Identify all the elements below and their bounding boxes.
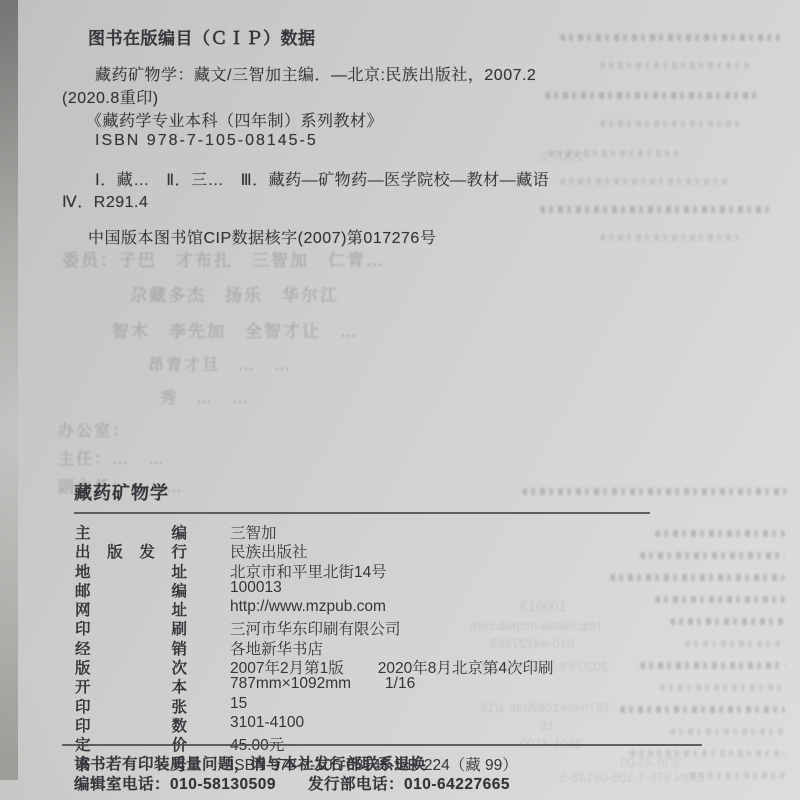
colophon-row: 邮编 100013 xyxy=(75,579,187,598)
cip-subject-line: Ⅰ．藏… Ⅱ．三… Ⅲ．藏药—矿物药—医学院校—教材—藏语 xyxy=(95,167,549,190)
cip-reprint-line: (2020.8重印) xyxy=(62,85,159,108)
colophon-row: 主编 三智加 xyxy=(75,521,187,540)
bleed-through-mirrored-line: 787mm×1092mm 1/16 xyxy=(480,700,610,715)
cip-header: 图书在版编目（ＣＩＰ）数据 xyxy=(88,24,316,49)
bleed-through-line: 委员：子巴 才布扎 三智加 仁青… xyxy=(62,246,385,271)
colophon-table: 主编 三智加 出版发行 民族出版社 地址 北京市和平里北街14号 邮编 1000… xyxy=(75,521,187,772)
bleed-through-mirrored-line: 100013 xyxy=(520,598,567,614)
bleed-through-mirrored-line: http://www.mzpub.com xyxy=(470,618,601,633)
colophon-row: 网址 http://www.mzpub.com xyxy=(75,598,187,617)
cip-registry-line: 中国版本图书馆CIP数据核字(2007)第017276号 xyxy=(88,225,436,248)
colophon-row: 印数 3101-4100 xyxy=(75,714,187,733)
bleed-through-script-line xyxy=(630,750,785,757)
bleed-through-script-line xyxy=(660,684,785,691)
bleed-through-script-line xyxy=(640,552,785,559)
colophon-row: 经销 各地新华书店 xyxy=(75,637,187,656)
bleed-through-script-line xyxy=(670,618,785,625)
bleed-through-script-line xyxy=(610,574,785,581)
bleed-through-script-line xyxy=(640,662,785,669)
colophon-row: 出版发行 民族出版社 xyxy=(75,540,187,559)
colophon-row-value: 100013 xyxy=(230,579,282,597)
colophon-row: 定价 45.00元 xyxy=(75,733,187,752)
colophon-row-value: http://www.mzpub.com xyxy=(230,598,386,616)
cip-title-line: 藏药矿物学：藏文/三智加主编．—北京:民族出版社，2007.2 xyxy=(95,62,536,85)
colophon-row-value: 787mm×1092mm1/16 xyxy=(230,675,415,693)
bleed-through-line: 尕藏多杰 扬乐 华尔江 xyxy=(130,281,339,306)
bleed-through-script-line xyxy=(670,728,785,735)
bleed-through-mirrored-line: 2020年8月 2007年2月 xyxy=(480,656,608,675)
bleed-through-script-line xyxy=(600,62,750,69)
bleed-through-script-line xyxy=(540,206,770,213)
bleed-through-script-line xyxy=(600,234,740,241)
bleed-through-line: 昂青才旦 … … xyxy=(148,352,292,375)
bleed-through-line: 办公室： xyxy=(58,418,130,441)
cip-series-line: 《藏药学专业本科（四年制）系列教材》 xyxy=(86,108,383,131)
bleed-through-line: 秀 … … xyxy=(160,385,250,408)
cip-class-line: Ⅳ．R291.4 xyxy=(62,189,148,212)
bleed-through-script-line xyxy=(685,640,785,647)
cip-isbn-line: ISBN 978-7-105-08145-5 xyxy=(95,132,318,150)
colophon-row: 开本 787mm×1092mm1/16 xyxy=(75,675,187,694)
colophon-row-value: 3101-4100 xyxy=(230,714,304,732)
page-left-edge-shadow xyxy=(0,0,18,780)
colophon-row: 印张 15 xyxy=(75,695,187,714)
footer-divider-rule xyxy=(62,744,702,746)
bleed-through-mirrored-line: 010-64227665 xyxy=(490,636,574,651)
footer-quality-note: 该书若有印装质量问题，请与本社发行部联系退换 xyxy=(74,752,426,774)
bleed-through-script-line xyxy=(690,772,785,779)
colophon-row: 印刷 三河市华东印刷有限公司 xyxy=(75,617,187,636)
bleed-through-script-line xyxy=(545,92,760,99)
title-divider-rule xyxy=(74,512,650,514)
bleed-through-line: 智木 李先加 全智才让 … xyxy=(112,317,359,342)
bleed-through-script-line xyxy=(655,596,785,603)
bleed-through-script-line xyxy=(655,530,785,537)
bleed-through-script-line xyxy=(600,120,740,127)
colophon-row-value: 15 xyxy=(230,695,247,713)
book-title: 藏药矿物学 xyxy=(74,479,169,505)
bleed-through-script-line xyxy=(560,34,780,41)
bleed-through-line: 主任：… … xyxy=(58,446,166,469)
bleed-through-script-line xyxy=(560,178,730,185)
bleed-through-mirrored-line: ISBN 978-7-105-08145-5 xyxy=(560,770,705,785)
footer-phones-line: 编辑室电话：010-58130509 发行部电话：010-64227665 xyxy=(74,772,510,794)
bleed-through-script-line xyxy=(522,488,787,495)
bleed-through-mirrored-line: 3101-4100 xyxy=(520,736,582,751)
book-copyright-page-photo: 图书在版编目（ＣＩＰ）数据 藏药矿物学：藏文/三智加主编．—北京:民族出版社，2… xyxy=(0,0,800,800)
bleed-through-script-line xyxy=(620,706,785,713)
bleed-through-script-line xyxy=(548,150,678,157)
bleed-through-mirrored-line: 15 xyxy=(540,718,554,733)
colophon-row: 地址 北京市和平里北街14号 xyxy=(75,560,187,579)
colophon-row: 版次 2007年2月第1版2020年8月北京第4次印刷 xyxy=(75,656,187,675)
